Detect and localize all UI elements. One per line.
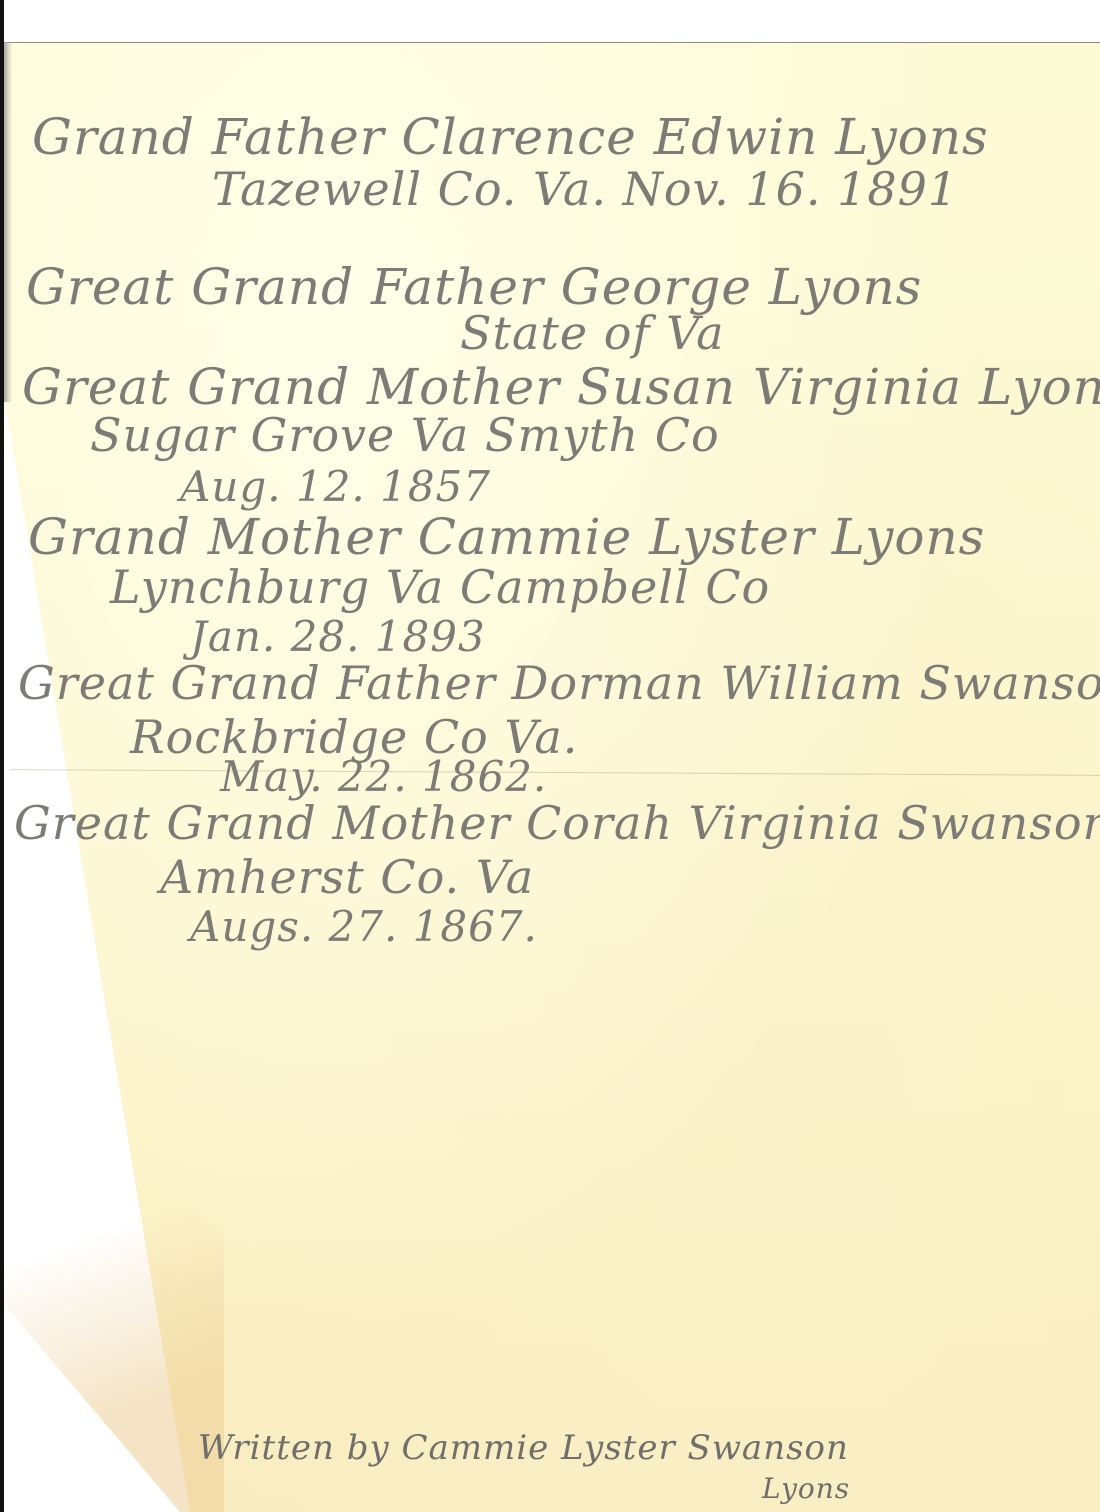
paper-shadow — [4, 42, 12, 402]
entry-4-place: Lynchburg Va Campbell Co — [110, 560, 770, 614]
entry-5-title: Great Grand Father Dorman William Swanso… — [18, 656, 1100, 710]
signature-line-2: Lyons — [762, 1472, 850, 1505]
entry-1-title: Grand Father Clarence Edwin Lyons — [32, 108, 989, 166]
entry-3-place: Sugar Grove Va Smyth Co — [90, 408, 720, 462]
entry-2-place: State of Va — [460, 306, 725, 360]
entry-1-place-date: Tazewell Co. Va. Nov. 16. 1891 — [212, 162, 958, 216]
entry-6-place: Amherst Co. Va — [160, 850, 534, 904]
signature-line-1: Written by Cammie Lyster Swanson — [198, 1428, 849, 1468]
entry-6-title: Great Grand Mother Corah Virginia Swanso… — [14, 796, 1100, 850]
entry-5-date: May. 22. 1862. — [220, 752, 547, 801]
entry-3-date: Aug. 12. 1857 — [180, 462, 491, 511]
entry-6-date: Augs. 27. 1867. — [190, 902, 538, 951]
entry-4-title: Grand Mother Cammie Lyster Lyons — [28, 508, 985, 566]
entry-4-date: Jan. 28. 1893 — [190, 612, 486, 661]
